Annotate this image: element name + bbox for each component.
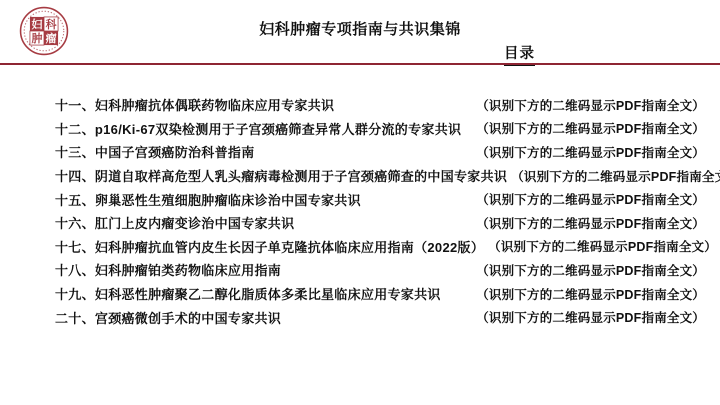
toc-item: 十一、妇科肿瘤抗体偶联药物临床应用专家共识 （识别下方的二维码显示PDF指南全文…	[55, 93, 705, 117]
toc-item: 二十、宫颈癌微创手术的中国专家共识 （识别下方的二维码显示PDF指南全文）	[55, 305, 705, 329]
toc-item: 十二、p16/Ki-67双染检测用于子宫颈癌筛查异常人群分流的专家共识 （识别下…	[55, 117, 705, 141]
toc-item: 十六、肛门上皮内瘤变诊治中国专家共识 （识别下方的二维码显示PDF指南全文）	[55, 211, 705, 235]
toc-item-label: 十五、卵巢恶性生殖细胞肿瘤临床诊治中国专家共识	[55, 190, 361, 209]
toc-item-note: （识别下方的二维码显示PDF指南全文）	[472, 96, 705, 114]
toc-item-label: 十四、阴道自取样高危型人乳头瘤病毒检测用于子宫颈癌筛查的中国专家共识	[55, 166, 507, 185]
toc-item-note: （识别下方的二维码显示PDF指南全文）	[472, 214, 705, 232]
toc-item: 十五、卵巢恶性生殖细胞肿瘤临床诊治中国专家共识 （识别下方的二维码显示PDF指南…	[55, 187, 705, 211]
page-title: 妇科肿瘤专项指南与共识集锦	[0, 18, 720, 39]
toc-item-label: 十三、中国子宫颈癌防治科普指南	[55, 142, 255, 161]
toc-item-note: （识别下方的二维码显示PDF指南全文）	[472, 190, 705, 208]
header-divider-line	[0, 63, 720, 65]
toc-item-note: （识别下方的二维码显示PDF指南全文）	[472, 261, 705, 279]
toc-item-note: （识别下方的二维码显示PDF指南全文）	[507, 167, 720, 185]
toc-item-label: 十八、妇科肿瘤铂类药物临床应用指南	[55, 260, 281, 279]
toc-item: 十九、妇科恶性肿瘤聚乙二醇化脂质体多柔比星临床应用专家共识 （识别下方的二维码显…	[55, 282, 705, 306]
toc-item-label: 十七、妇科肿瘤抗血管内皮生长因子单克隆抗体临床应用指南（2022版）	[55, 237, 484, 256]
toc-item: 十四、阴道自取样高危型人乳头瘤病毒检测用于子宫颈癌筛查的中国专家共识 （识别下方…	[55, 164, 705, 188]
toc-item-label: 十六、肛门上皮内瘤变诊治中国专家共识	[55, 213, 294, 232]
toc-slide: 妇 科 肿 瘤 妇科肿瘤专项指南与共识集锦 目录 十一、妇科肿瘤抗体偶联药物临床…	[0, 0, 720, 405]
toc-item-note: （识别下方的二维码显示PDF指南全文）	[472, 308, 705, 326]
toc-item-note: （识别下方的二维码显示PDF指南全文）	[484, 237, 717, 255]
toc-list: 十一、妇科肿瘤抗体偶联药物临床应用专家共识 （识别下方的二维码显示PDF指南全文…	[55, 93, 705, 329]
toc-item-label: 十九、妇科恶性肿瘤聚乙二醇化脂质体多柔比星临床应用专家共识	[55, 284, 441, 303]
toc-item: 十三、中国子宫颈癌防治科普指南 （识别下方的二维码显示PDF指南全文）	[55, 140, 705, 164]
toc-item-note: （识别下方的二维码显示PDF指南全文）	[472, 143, 705, 161]
toc-item-label: 十二、p16/Ki-67双染检测用于子宫颈癌筛查异常人群分流的专家共识	[55, 119, 461, 138]
toc-item-label: 二十、宫颈癌微创手术的中国专家共识	[55, 308, 281, 327]
toc-item-label: 十一、妇科肿瘤抗体偶联药物临床应用专家共识	[55, 95, 334, 114]
toc-item-note: （识别下方的二维码显示PDF指南全文）	[472, 119, 705, 137]
toc-item: 十七、妇科肿瘤抗血管内皮生长因子单克隆抗体临床应用指南（2022版） （识别下方…	[55, 235, 705, 259]
toc-item: 十八、妇科肿瘤铂类药物临床应用指南 （识别下方的二维码显示PDF指南全文）	[55, 258, 705, 282]
toc-item-note: （识别下方的二维码显示PDF指南全文）	[472, 285, 705, 303]
